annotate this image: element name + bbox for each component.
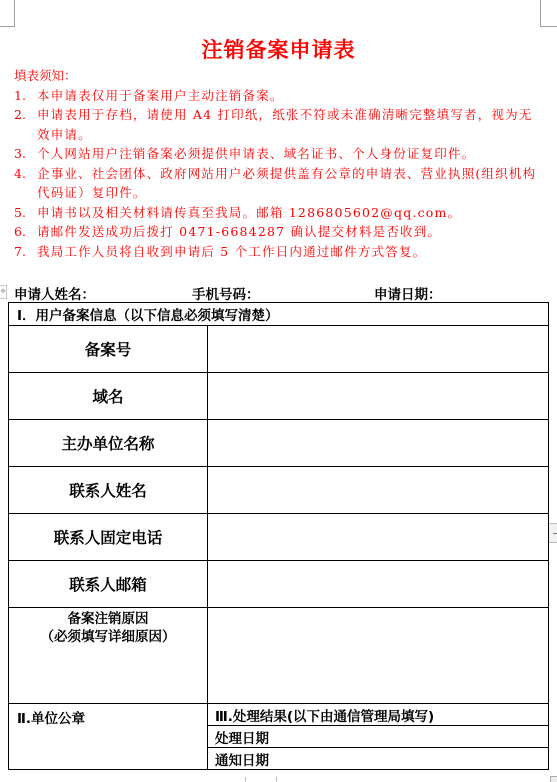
instruction-number: 3.: [14, 144, 37, 164]
field-input-deregistration-reason[interactable]: [208, 608, 549, 704]
field-input-contact-landline[interactable]: [208, 514, 549, 561]
section-1-title: Ⅰ．用户备案信息（以下信息必须填写清楚）: [9, 303, 549, 326]
table-move-handle[interactable]: ✥: [0, 285, 7, 299]
field-label-sponsor-name: 主办单位名称: [9, 420, 208, 467]
field-input-record-number[interactable]: [208, 326, 549, 373]
applicant-name-label: 申请人姓名：: [14, 283, 95, 303]
instruction-text: 请邮件发送成功后拨打 0471-6684287 确认提交材料是否收到。: [37, 222, 544, 242]
section-1-header-row: Ⅰ．用户备案信息（以下信息必须填写清楚）: [9, 303, 549, 326]
processing-date-field[interactable]: 处理日期: [208, 726, 549, 748]
instruction-number: 7.: [14, 242, 37, 262]
processing-result-title: Ⅲ.处理结果(以下由通信管理局填写): [208, 704, 549, 726]
instruction-text: 企事业、社会团体、政府网站用户必须提供盖有公章的申请表、营业执照(组织机构代码证…: [37, 164, 544, 203]
mobile-number-label: 手机号码：: [192, 283, 260, 303]
instruction-text: 个人网站用户注销备案必须提供申请表、域名证书、个人身份证复印件。: [37, 144, 544, 164]
column-marker: [245, 777, 277, 782]
field-label-contact-landline: 联系人固定电话: [9, 514, 208, 561]
reason-label-line2: （必须填写详细原因）: [9, 628, 207, 646]
field-label-domain: 域名: [9, 373, 208, 420]
field-label-contact-email: 联系人邮箱: [9, 561, 208, 608]
table-row: 备案号: [9, 326, 549, 373]
field-input-sponsor-name[interactable]: [208, 420, 549, 467]
page-corner-mark-top-right: [540, 0, 557, 27]
instruction-text: 本申请表仅用于备案用户主动注销备案。: [37, 86, 544, 106]
instruction-item: 7. 我局工作人员将自收到申请后 5 个工作日内通过邮件方式答复。: [14, 242, 544, 262]
instruction-text: 申请书以及相关材料请传真至我局。邮箱 1286805602@qq.com。: [37, 203, 544, 223]
table-row: 主办单位名称: [9, 420, 549, 467]
row-resize-marker[interactable]: [549, 523, 557, 543]
instruction-item: 1. 本申请表仅用于备案用户主动注销备案。: [14, 86, 544, 106]
table-row: 域名: [9, 373, 549, 420]
fill-instructions: 填表须知： 1. 本申请表仅用于备案用户主动注销备案。 2. 申请表用于存档，请…: [14, 66, 544, 261]
document-title: 注销备案申请表: [0, 34, 557, 64]
table-row: 联系人姓名: [9, 467, 549, 514]
reason-label-line1: 备案注销原因: [9, 610, 207, 628]
instruction-number: 1.: [14, 86, 37, 106]
page-corner-mark-top-left: [0, 0, 15, 27]
instructions-heading: 填表须知：: [14, 66, 544, 86]
field-label-contact-name: 联系人姓名: [9, 467, 208, 514]
notification-date-field[interactable]: 通知日期: [208, 748, 549, 770]
instruction-item: 5. 申请书以及相关材料请传真至我局。邮箱 1286805602@qq.com。: [14, 203, 544, 223]
table-resize-handle[interactable]: [550, 776, 557, 782]
instruction-item: 4. 企事业、社会团体、政府网站用户必须提供盖有公章的申请表、营业执照(组织机构…: [14, 164, 544, 203]
instruction-number: 5.: [14, 203, 37, 223]
field-input-domain[interactable]: [208, 373, 549, 420]
table-row-reason: 备案注销原因 （必须填写详细原因）: [9, 608, 549, 704]
bottom-section-row: Ⅱ.单位公章 Ⅲ.处理结果(以下由通信管理局填写): [9, 704, 549, 726]
field-label-record-number: 备案号: [9, 326, 208, 373]
instruction-item: 3. 个人网站用户注销备案必须提供申请表、域名证书、个人身份证复印件。: [14, 144, 544, 164]
instruction-text: 申请表用于存档，请使用 A4 打印纸，纸张不符或未准确清晰完整填写者，视为无效申…: [37, 105, 544, 144]
company-seal-area[interactable]: Ⅱ.单位公章: [9, 704, 208, 770]
table-row: 联系人邮箱: [9, 561, 549, 608]
field-input-contact-email[interactable]: [208, 561, 549, 608]
instruction-number: 2.: [14, 105, 37, 144]
application-date-label: 申请日期：: [374, 283, 442, 303]
instruction-text: 我局工作人员将自收到申请后 5 个工作日内通过邮件方式答复。: [37, 242, 544, 262]
instruction-item: 6. 请邮件发送成功后拨打 0471-6684287 确认提交材料是否收到。: [14, 222, 544, 242]
instruction-item: 2. 申请表用于存档，请使用 A4 打印纸，纸张不符或未准确清晰完整填写者，视为…: [14, 105, 544, 144]
table-row: 联系人固定电话: [9, 514, 549, 561]
field-label-deregistration-reason: 备案注销原因 （必须填写详细原因）: [9, 608, 208, 704]
instruction-number: 4.: [14, 164, 37, 203]
instruction-number: 6.: [14, 222, 37, 242]
field-input-contact-name[interactable]: [208, 467, 549, 514]
applicant-info-line: 申请人姓名： 手机号码： 申请日期：: [14, 283, 544, 301]
deregistration-form-table: Ⅰ．用户备案信息（以下信息必须填写清楚） 备案号 域名 主办单位名称 联系人姓名…: [8, 302, 549, 770]
